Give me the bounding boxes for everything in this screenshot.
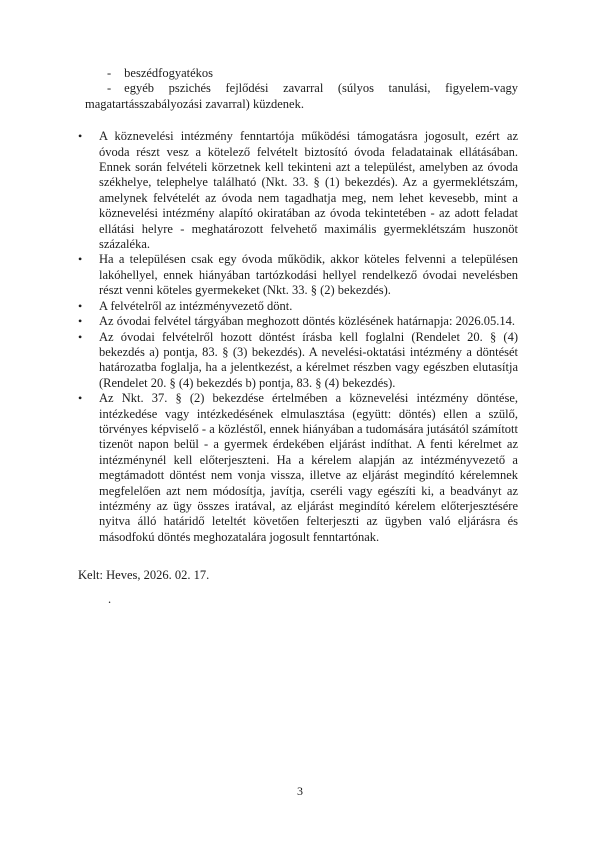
dash-item: -beszédfogyatékos [85,66,518,81]
bullet-marker-icon: • [78,314,99,329]
bullet-list: • A köznevelési intézmény fenntartója mű… [78,129,518,545]
bullet-marker-icon: • [78,391,99,545]
document-page: -beszédfogyatékos -egyéb pszichés fejlőd… [0,0,600,848]
dash-marker-icon: - [107,81,111,95]
bullet-marker-icon: • [78,129,99,252]
bullet-item: • Ha a településen csak egy óvoda működi… [78,252,518,298]
bullet-marker-icon: • [78,299,99,314]
bullet-item-text: A felvételről az intézményvezető dönt. [99,299,518,314]
bullet-item: • Az óvodai felvételről hozott döntést í… [78,330,518,392]
bullet-marker-icon: • [78,252,99,298]
dash-list: -beszédfogyatékos -egyéb pszichés fejlőd… [85,66,518,112]
date-line: Kelt: Heves, 2026. 02. 17. [78,568,518,583]
dash-item-text: egyéb pszichés fejlődési zavarral (súlyo… [85,81,518,110]
bullet-item: • Az Nkt. 37. § (2) bekezdése értelmében… [78,391,518,545]
bullet-item-text: Az óvodai felvétel tárgyában meghozott d… [99,314,518,329]
page-number: 3 [0,784,600,799]
bullet-item: • A köznevelési intézmény fenntartója mű… [78,129,518,252]
bullet-item: • Az óvodai felvétel tárgyában meghozott… [78,314,518,329]
bullet-item-text: Az óvodai felvételről hozott döntést írá… [99,330,518,392]
bullet-marker-icon: • [78,330,99,392]
bullet-item-text: A köznevelési intézmény fenntartója műkö… [99,129,518,252]
bullet-item: • A felvételről az intézményvezető dönt. [78,299,518,314]
dash-item: -egyéb pszichés fejlődési zavarral (súly… [85,81,518,112]
page-content: -beszédfogyatékos -egyéb pszichés fejlőd… [78,66,518,607]
bullet-item-text: Az Nkt. 37. § (2) bekezdése értelmében a… [99,391,518,545]
dash-marker-icon: - [107,66,111,80]
dash-item-text: beszédfogyatékos [124,66,213,80]
stray-dot: . [108,592,518,607]
bullet-item-text: Ha a településen csak egy óvoda működik,… [99,252,518,298]
